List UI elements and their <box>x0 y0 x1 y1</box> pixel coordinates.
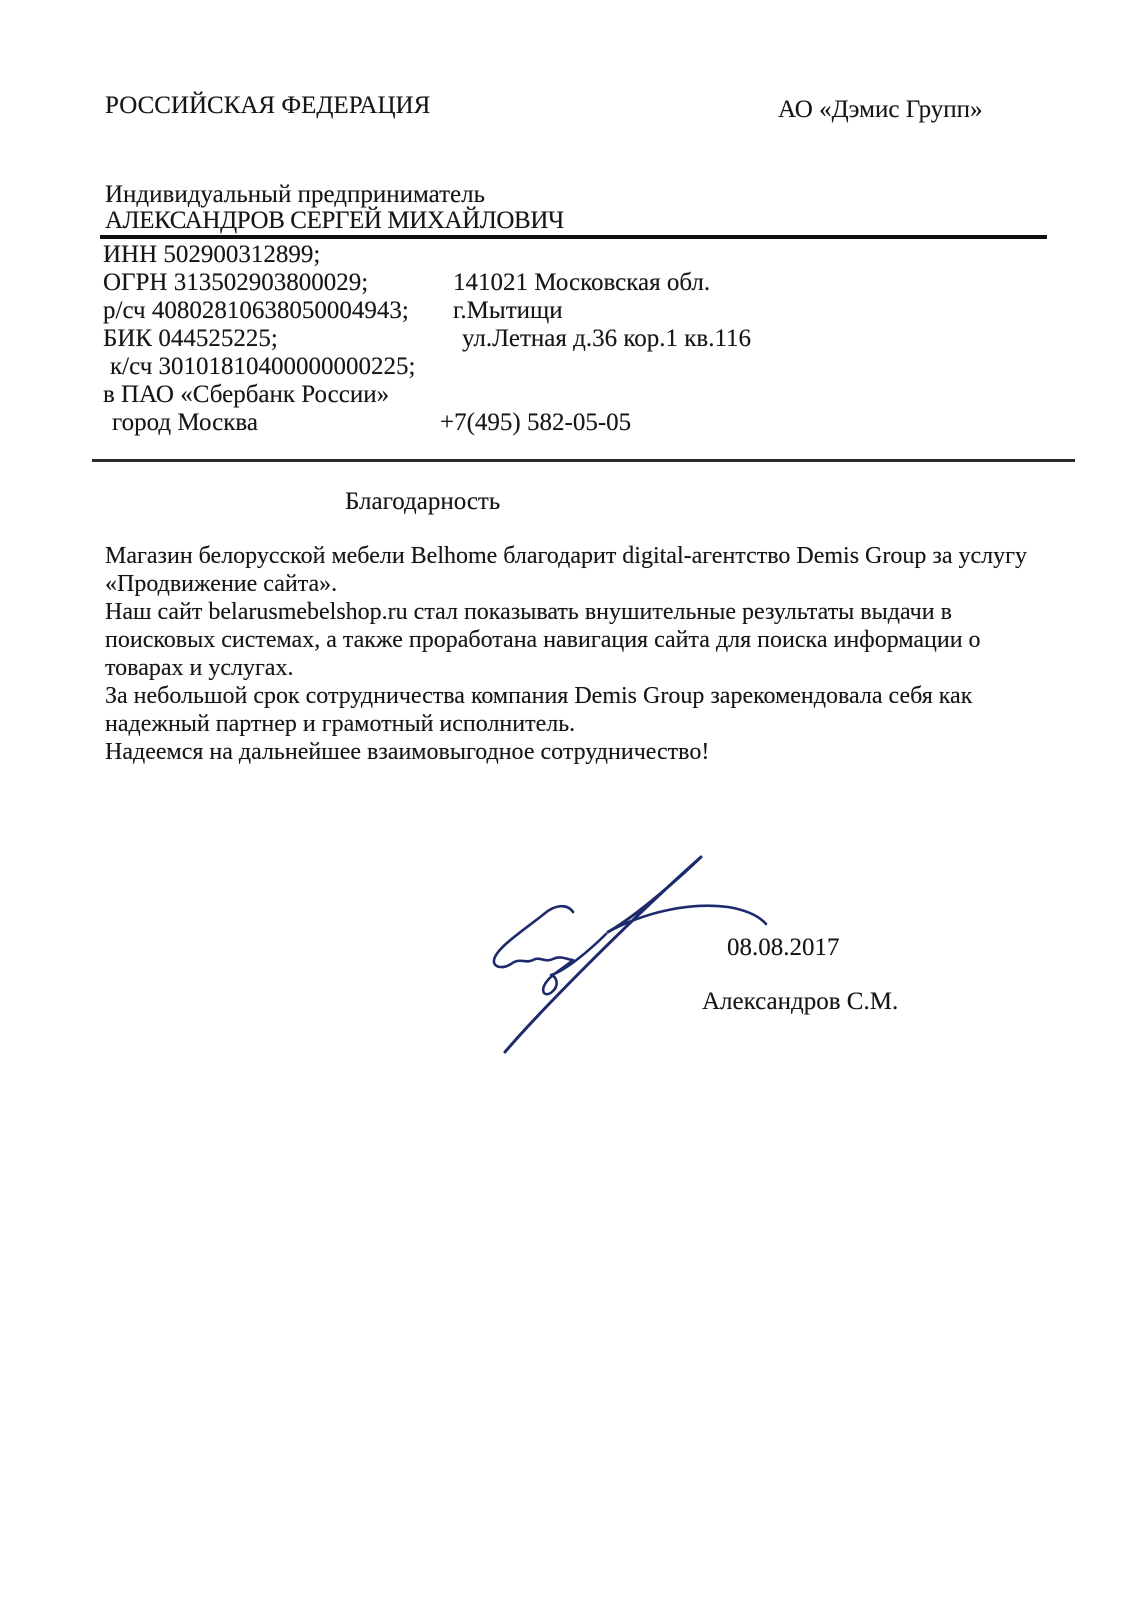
divider-bottom <box>92 459 1075 462</box>
requisite-city: город Москва <box>103 409 415 437</box>
body-line: поисковых системах, а также проработана … <box>105 626 1027 654</box>
requisite-ogrn: ОГРН 313502903800029; <box>103 269 415 297</box>
phone-number: +7(495) 582-05-05 <box>440 409 751 437</box>
header-country: РОССИЙСКАЯ ФЕДЕРАЦИЯ <box>105 92 430 120</box>
requisite-account: р/сч 40802810638050004943; <box>103 297 415 325</box>
document-page: РОССИЙСКАЯ ФЕДЕРАЦИЯ АО «Дэмис Групп» Ин… <box>0 0 1142 1600</box>
body-line: Магазин белорусской мебели Belhome благо… <box>105 542 1027 570</box>
signature-date: 08.08.2017 <box>727 934 840 962</box>
requisite-inn: ИНН 502900312899; <box>103 241 415 269</box>
sender-name: АЛЕКСАНДРОВ СЕРГЕЙ МИХАЙЛОВИЧ <box>105 207 564 235</box>
address-region: 141021 Московская обл. <box>440 269 751 297</box>
signature-stroke-tail <box>608 906 766 932</box>
requisite-corr-account: к/сч 30101810400000000225; <box>103 353 415 381</box>
address-spacer <box>440 381 751 409</box>
body-line: За небольшой срок сотрудничества компани… <box>105 682 1027 710</box>
letter-title: Благодарность <box>345 488 500 516</box>
letter-body: Магазин белорусской мебели Belhome благо… <box>105 542 1027 766</box>
body-line: Надеемся на дальнейшее взаимовыгодное со… <box>105 738 1027 766</box>
sender-type-label: Индивидуальный предприниматель <box>105 181 485 209</box>
requisite-bik: БИК 044525225; <box>103 325 415 353</box>
signature-stroke-flourish <box>505 857 701 1052</box>
address-spacer <box>440 241 751 269</box>
body-line: «Продвижение сайта». <box>105 570 1027 598</box>
body-line: надежный партнер и грамотный исполнитель… <box>105 710 1027 738</box>
signer-name: Александров С.М. <box>702 988 898 1016</box>
body-line: товарах и услугах. <box>105 654 1027 682</box>
address-spacer <box>440 353 751 381</box>
header-company: АО «Дэмис Групп» <box>778 96 983 124</box>
body-line: Наш сайт belarusmebelshop.ru стал показы… <box>105 598 1027 626</box>
address-street: ул.Летная д.36 кор.1 кв.116 <box>440 325 751 353</box>
requisite-bank: в ПАО «Сбербанк России» <box>103 381 415 409</box>
requisites-right-column: 141021 Московская обл. г.Мытищи ул.Летна… <box>440 241 751 437</box>
requisites-left-column: ИНН 502900312899; ОГРН 313502903800029; … <box>103 241 415 437</box>
divider-top <box>100 235 1047 239</box>
address-city: г.Мытищи <box>440 297 751 325</box>
signature-stroke-initial <box>494 906 606 994</box>
